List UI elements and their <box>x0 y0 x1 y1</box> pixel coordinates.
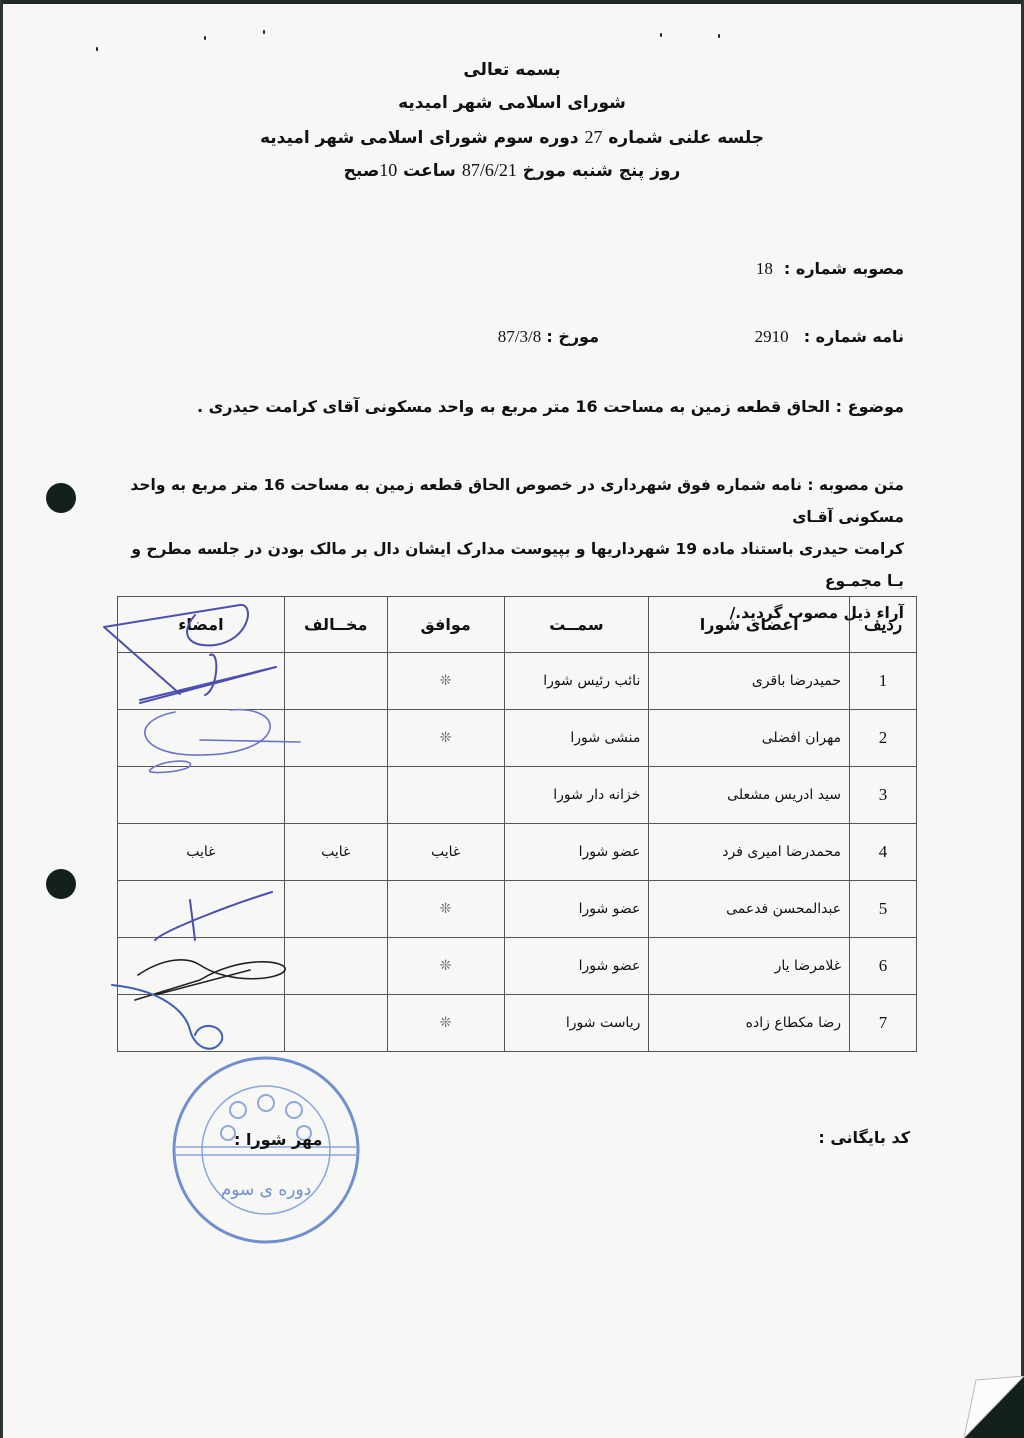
scan-speck <box>263 30 265 34</box>
member-role: خزانه دار شورا <box>504 767 649 824</box>
scan-speck <box>660 33 662 37</box>
seal-label: مهر شورا : <box>234 1130 322 1149</box>
signature-cell <box>118 938 285 995</box>
member-role: منشی شورا <box>504 710 649 767</box>
date-line: روز پنج شنبه مورخ 87/6/21 ساعت 10صبح <box>0 160 1024 181</box>
signature-cell <box>118 653 285 710</box>
table-row: 4 محمدرضا امیری فرد عضو شورا غایب غایب غ… <box>118 824 917 881</box>
punch-hole <box>46 869 76 899</box>
table-row: 3 سید ادریس مشعلی خزانه دار شورا <box>118 767 917 824</box>
absent-mark: غایب <box>118 824 285 881</box>
member-role: عضو شورا <box>504 938 649 995</box>
session-number: 27 <box>584 127 602 147</box>
oppose-mark <box>284 653 387 710</box>
member-role: ریاست شورا <box>504 995 649 1052</box>
oppose-mark <box>284 938 387 995</box>
resolution-number-label: مصوبه شماره : <box>784 259 904 278</box>
member-role: عضو شورا <box>504 881 649 938</box>
signature-cell <box>118 881 285 938</box>
resolution-number: مصوبه شماره : 18 <box>756 259 904 279</box>
agree-mark: ❊ <box>387 881 504 938</box>
letter-date-value: 87/3/8 <box>498 327 541 346</box>
agree-mark: ❊ <box>387 995 504 1052</box>
oppose-mark <box>284 881 387 938</box>
scan-speck <box>96 47 98 51</box>
letter-date: مورخ : 87/3/8 <box>498 327 599 347</box>
body-line-1: نامه شماره فوق شهرداری در خصوص الحاق قطع… <box>130 476 904 526</box>
resolution-number-value: 18 <box>756 259 773 278</box>
time-value: 10 <box>379 160 397 180</box>
agree-mark: ❊ <box>387 938 504 995</box>
body-line-2: کرامت حیدری باستناد ماده 19 شهرداریها و … <box>114 533 904 597</box>
scan-edge <box>0 0 3 1438</box>
oppose-mark <box>284 710 387 767</box>
subject-text: الحاق قطعه زمین به مساحت 16 متر مربع به … <box>197 397 830 416</box>
invocation: بسمه تعالی <box>0 60 1024 80</box>
page-curl <box>964 1376 1024 1438</box>
date-prefix: روز پنج شنبه مورخ <box>523 161 681 181</box>
votes-table: ردیف اعضای شورا سمــت موافق مخــالف امضا… <box>117 596 917 1052</box>
body-label: متن مصوبه : <box>807 476 904 494</box>
row-index: 4 <box>850 824 917 881</box>
member-name: غلامرضا یار <box>649 938 850 995</box>
oppose-mark <box>284 767 387 824</box>
table-row: 6 غلامرضا یار عضو شورا ❊ <box>118 938 917 995</box>
col-index: ردیف <box>850 597 917 653</box>
member-role: عضو شورا <box>504 824 649 881</box>
row-index: 1 <box>850 653 917 710</box>
letter-number-label: نامه شماره : <box>804 327 904 346</box>
agree-mark: ❊ <box>387 710 504 767</box>
letter-number: نامه شماره : 2910 <box>755 327 904 347</box>
row-index: 5 <box>850 881 917 938</box>
oppose-mark <box>284 995 387 1052</box>
scan-speck <box>204 36 206 40</box>
col-role: سمــت <box>504 597 649 653</box>
col-signature: امضاء <box>118 597 285 653</box>
session-prefix: جلسه علنی شماره <box>608 128 764 148</box>
table-row: 7 رضا مکطاع زاده ریاست شورا ❊ <box>118 995 917 1052</box>
subject: موضوع : الحاق قطعه زمین به مساحت 16 متر … <box>197 397 904 416</box>
table-row: 1 حمیدرضا باقری نائب رئیس شورا ❊ <box>118 653 917 710</box>
time-suffix: صبح <box>344 161 380 181</box>
member-role: نائب رئیس شورا <box>504 653 649 710</box>
col-member: اعضای شورا <box>649 597 850 653</box>
session-suffix: دوره سوم شورای اسلامی شهر امیدیه <box>260 128 579 148</box>
council-name: شورای اسلامی شهر امیدیه <box>0 93 1024 113</box>
member-name: حمیدرضا باقری <box>649 653 850 710</box>
seal-center-text: دوره ی سوم <box>221 1180 312 1200</box>
agree-mark <box>387 767 504 824</box>
signature-cell <box>118 710 285 767</box>
session-date: 87/6/21 <box>462 160 517 180</box>
archive-code-label: کد بایگانی : <box>818 1128 910 1147</box>
punch-hole <box>46 483 76 513</box>
session-line: جلسه علنی شماره 27 دوره سوم شورای اسلامی… <box>0 127 1024 148</box>
agree-mark: ❊ <box>387 653 504 710</box>
col-agree: موافق <box>387 597 504 653</box>
table-header-row: ردیف اعضای شورا سمــت موافق مخــالف امضا… <box>118 597 917 653</box>
row-index: 2 <box>850 710 917 767</box>
absent-mark: غایب <box>284 824 387 881</box>
letter-number-value: 2910 <box>755 327 789 346</box>
signature-cell <box>118 767 285 824</box>
row-index: 6 <box>850 938 917 995</box>
council-seal-icon: دوره ی سوم <box>168 1055 364 1245</box>
time-label: ساعت <box>403 161 456 181</box>
row-index: 3 <box>850 767 917 824</box>
member-name: مهران افضلی <box>649 710 850 767</box>
table-row: 5 عبدالمحسن فدعمی عضو شورا ❊ <box>118 881 917 938</box>
table-row: 2 مهران افضلی منشی شورا ❊ <box>118 710 917 767</box>
member-name: سید ادریس مشعلی <box>649 767 850 824</box>
row-index: 7 <box>850 995 917 1052</box>
signature-cell <box>118 995 285 1052</box>
scan-speck <box>718 34 720 38</box>
member-name: رضا مکطاع زاده <box>649 995 850 1052</box>
letter-date-label: مورخ : <box>546 327 599 346</box>
subject-label: موضوع : <box>836 397 904 416</box>
col-oppose: مخــالف <box>284 597 387 653</box>
member-name: عبدالمحسن فدعمی <box>649 881 850 938</box>
scan-edge <box>0 0 1024 4</box>
member-name: محمدرضا امیری فرد <box>649 824 850 881</box>
absent-mark: غایب <box>387 824 504 881</box>
